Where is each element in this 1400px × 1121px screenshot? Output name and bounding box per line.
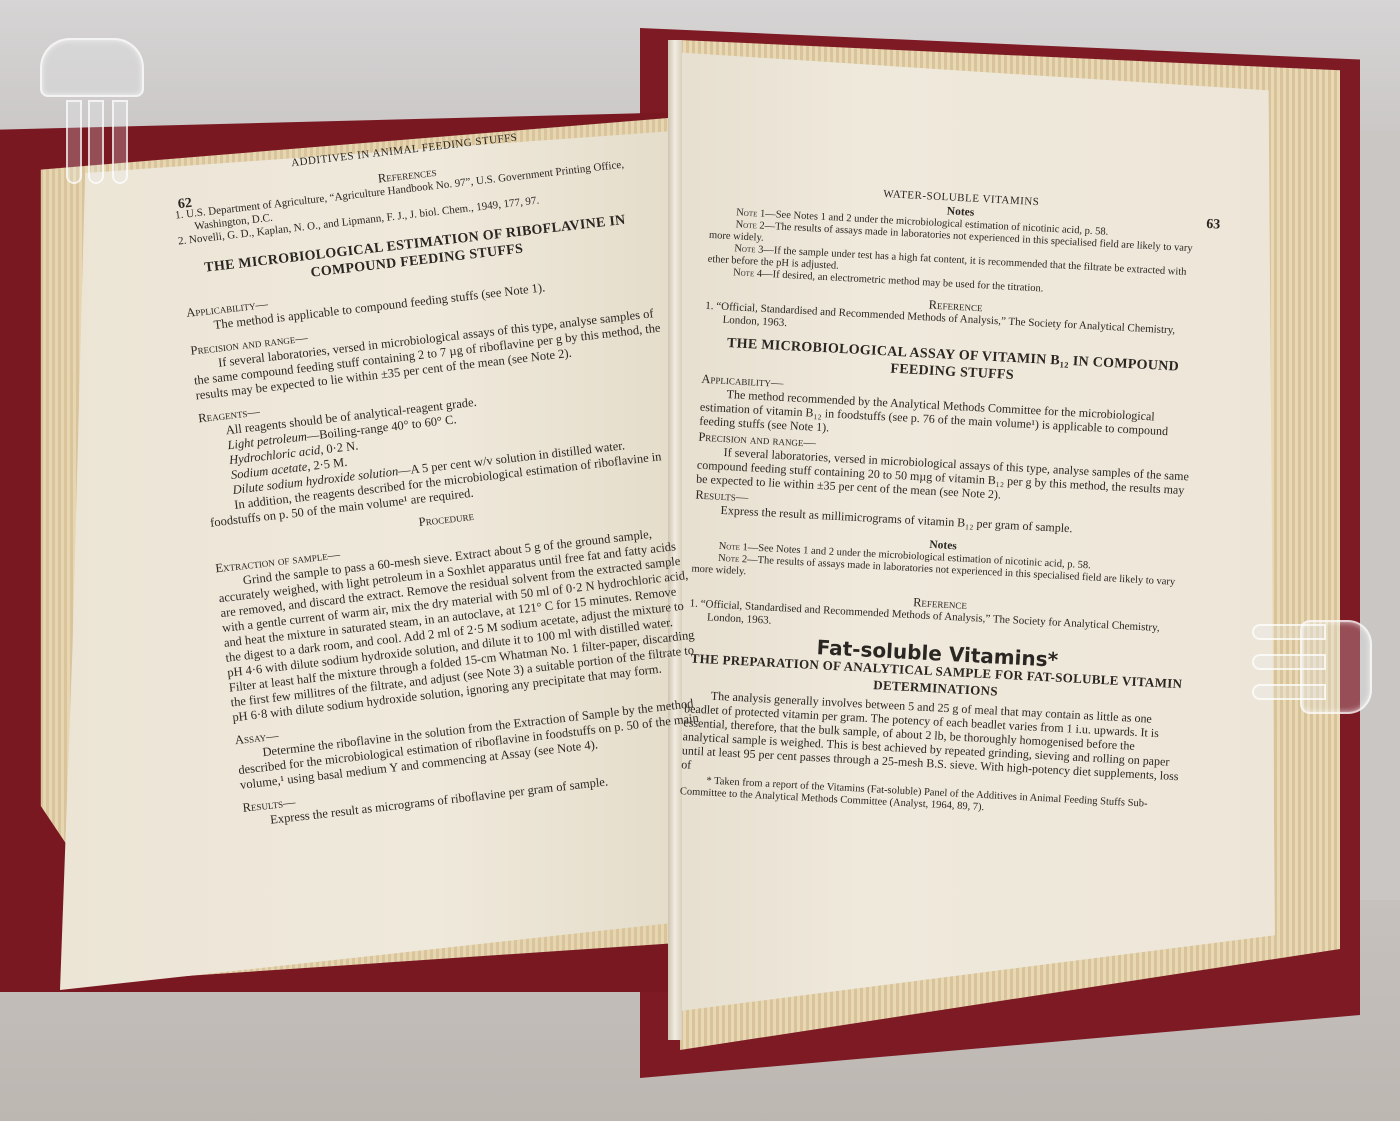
right-page-text: WATER-SOLUBLE VITAMINS 63 Notes Note 1—S… (679, 178, 1211, 824)
clip-prong (88, 100, 104, 184)
clip-prong (112, 100, 128, 184)
clip-prong (1252, 684, 1326, 700)
clip-prong (1252, 654, 1326, 670)
clip-prong (66, 100, 82, 184)
page-number: 63 (1206, 218, 1221, 233)
left-page-text: ADDITIVES IN ANIMAL FEEDING STUFFS 62 Re… (170, 117, 712, 831)
clip-body (40, 38, 144, 97)
page-number: 62 (177, 196, 193, 212)
clip-prong (1252, 624, 1326, 640)
